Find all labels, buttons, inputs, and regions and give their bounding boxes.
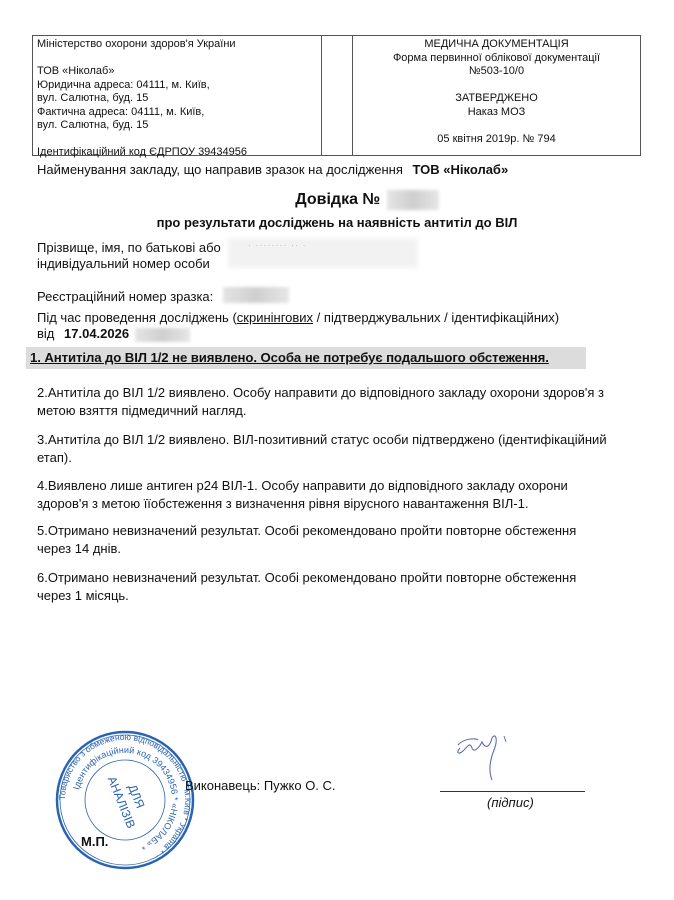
signature-icon xyxy=(450,730,530,785)
study-type-selected: скринінгових xyxy=(237,310,313,325)
redacted-study-time xyxy=(135,328,190,342)
certificate-subtitle: про результати досліджень на наявність а… xyxy=(0,215,674,230)
study-prefix: Під час проведення досліджень ( xyxy=(37,310,237,325)
header-left-cell: Міністерство охорони здоров'я України ТО… xyxy=(37,38,317,160)
result-2-line1: 2.Антитіла до ВІЛ 1/2 виявлено. Особу на… xyxy=(37,384,647,402)
approved-label: ЗАТВЕРДЖЕНО xyxy=(352,92,641,106)
actual-address-line1: Фактична адреса: 04111, м. Київ, xyxy=(37,106,317,120)
patient-name-label-line1: Прізвище, імя, по батькові або xyxy=(37,240,221,256)
signature-line xyxy=(440,791,585,792)
patient-name-label-line2: індивідуальний номер особи xyxy=(37,256,221,272)
result-4-line1: 4.Виявлено лише антиген р24 ВІЛ-1. Особу… xyxy=(37,477,647,495)
legal-address-line2: вул. Салютна, буд. 15 xyxy=(37,92,317,106)
result-6: 6.Отримано невизначений результат. Особі… xyxy=(37,569,647,604)
result-6-line2: через 1 місяць. xyxy=(37,587,647,605)
result-2: 2.Антитіла до ВІЛ 1/2 виявлено. Особу на… xyxy=(37,384,647,419)
redacted-patient-name-noise: · ········ ·· · xyxy=(248,240,306,250)
seal-label: М.П. xyxy=(81,834,108,849)
table-divider xyxy=(321,35,322,156)
order-label: Наказ МОЗ xyxy=(352,106,641,120)
result-3-line2: етап). xyxy=(37,449,647,467)
study-date-line: від 17.04.2026 xyxy=(37,326,190,342)
result-5: 5.Отримано невизначений результат. Особі… xyxy=(37,522,647,557)
result-3: 3.Антитіла до ВІЛ 1/2 виявлено. ВІЛ-пози… xyxy=(37,431,647,466)
result-5-line1: 5.Отримано невизначений результат. Особі… xyxy=(37,522,647,540)
result-1-text: 1. Антитіла до ВІЛ 1/2 не виявлено. Особ… xyxy=(30,350,549,365)
executor-name: Виконавець: Пужко О. С. xyxy=(185,778,336,793)
edrpou-code: Ідентифікаційний код ЄДРПОУ 39434956 xyxy=(37,146,317,160)
result-4: 4.Виявлено лише антиген р24 ВІЛ-1. Особу… xyxy=(37,477,647,512)
redacted-certificate-number xyxy=(387,190,439,210)
company-stamp-icon: Товариство з обмеженою відповідальністю … xyxy=(55,730,195,870)
study-date-prefix: від xyxy=(37,326,54,341)
form-label: Форма первинної облікової документації xyxy=(352,52,641,66)
signature-caption: (підпис) xyxy=(487,795,534,810)
referring-label: Найменування закладу, що направив зразок… xyxy=(37,162,403,177)
ministry-name: Міністерство охорони здоров'я України xyxy=(37,38,317,52)
result-6-line1: 6.Отримано невизначений результат. Особі… xyxy=(37,569,647,587)
actual-address-line2: вул. Салютна, буд. 15 xyxy=(37,119,317,133)
certificate-title: Довідка № xyxy=(295,191,380,208)
legal-address-line1: Юридична адреса: 04111, м. Київ, xyxy=(37,79,317,93)
form-number: №503-10/0 xyxy=(352,65,641,79)
sample-number-label: Реєстраційний номер зразка: xyxy=(37,289,213,304)
result-3-line1: 3.Антитіла до ВІЛ 1/2 виявлено. ВІЛ-пози… xyxy=(37,431,647,449)
result-1-selected: 1. Антитіла до ВІЛ 1/2 не виявлено. Особ… xyxy=(26,347,586,369)
result-5-line2: через 14 днів. xyxy=(37,540,647,558)
study-type-line: Під час проведення досліджень (скринінго… xyxy=(37,310,559,326)
result-4-line2: здоров'я з метою їїобстеження з визначен… xyxy=(37,495,647,513)
header-right-cell: МЕДИЧНА ДОКУМЕНТАЦІЯ Форма первинної обл… xyxy=(352,38,641,146)
redacted-sample-number xyxy=(223,287,289,303)
med-doc-title: МЕДИЧНА ДОКУМЕНТАЦІЯ xyxy=(352,38,641,52)
company-name: ТОВ «Ніколаб» xyxy=(37,65,317,79)
patient-name-label: Прізвище, імя, по батькові або індивідуа… xyxy=(37,240,221,272)
certificate-title-row: Довідка № xyxy=(0,190,674,210)
study-date: 17.04.2026 xyxy=(64,326,129,341)
referring-institution: Найменування закладу, що направив зразок… xyxy=(37,162,508,177)
study-type-rest: / підтверджувальних / ідентифікаційних) xyxy=(313,310,559,325)
result-2-line2: метою взяття підмедичний нагляд. xyxy=(37,402,647,420)
referring-value: ТОВ «Ніколаб» xyxy=(413,162,509,177)
order-date: 05 квітня 2019р. № 794 xyxy=(352,133,641,147)
